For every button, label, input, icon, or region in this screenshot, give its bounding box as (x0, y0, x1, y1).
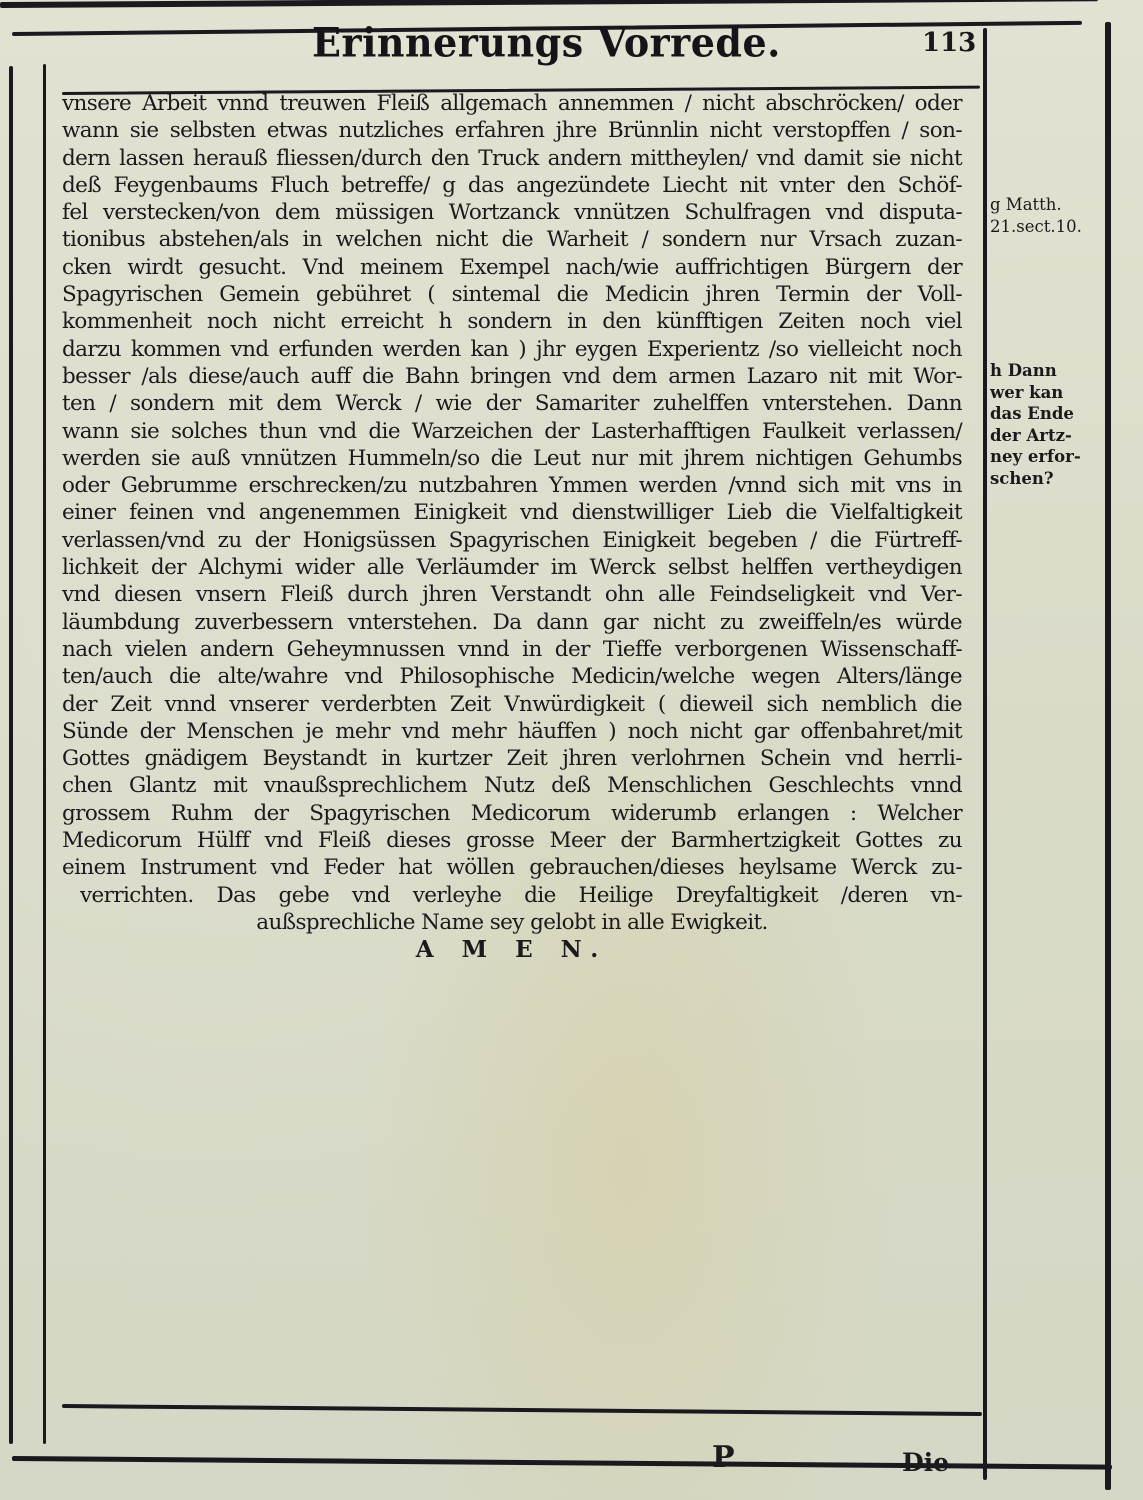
margin-note-line: g Matth. (990, 194, 1100, 216)
margin-note-line: h Dann (990, 360, 1100, 382)
text-line: kommenheit noch nicht erreicht h sondern… (62, 308, 962, 335)
frame-left-outer-rule (9, 66, 13, 1444)
text-line: darzu kommen vnd erfunden werden kan ) j… (62, 336, 962, 363)
text-line: Sünde der Menschen je mehr vnd mehr häuf… (62, 718, 962, 745)
margin-note-line: 21.sect.10. (990, 216, 1100, 238)
text-line: tionibus abstehen/als in welchen nicht d… (62, 226, 962, 253)
text-line: vnsere Arbeit vnnd treuwen Fleiß allgema… (62, 90, 962, 117)
text-line: fel verstecken/von dem müssigen Wortzanc… (62, 199, 962, 226)
text-line: ten / sondern mit dem Werck / wie der Sa… (62, 390, 962, 417)
text-line: der Zeit vnnd vnserer verderbten Zeit Vn… (62, 691, 962, 718)
margin-note-line: schen? (990, 468, 1100, 490)
margin-note-h: h Dann wer kan das Ende der Artz- ney er… (990, 360, 1100, 489)
text-line: chen Glantz mit vnaußsprechlichem Nutz d… (62, 772, 962, 799)
text-line: besser /als diese/auch auff die Bahn bri… (62, 363, 962, 390)
frame-top-outer-rule (0, 0, 1098, 8)
text-line: läumbdung zuverbessern vnterstehen. Da d… (62, 609, 962, 636)
text-line: Spagyrischen Gemein gebühret ( sintemal … (62, 281, 962, 308)
text-line: deß Feygenbaums Fluch betreffe/ g das an… (62, 172, 962, 199)
frame-left-inner-rule (43, 64, 46, 1444)
amen-closing: A M E N. (62, 936, 962, 963)
catchword: Die (902, 1448, 949, 1477)
page-number: 113 (922, 28, 976, 58)
text-line: verrichten. Das gebe vnd verleyhe die He… (62, 882, 962, 909)
footer-top-rule (62, 1404, 982, 1416)
text-line: verlassen/vnd zu der Honigsüssen Spagyri… (62, 527, 962, 554)
text-line: einem Instrument vnd Feder hat wöllen ge… (62, 854, 962, 881)
running-head-title: Erinnerungs Vorrede. (312, 19, 781, 66)
margin-note-g: g Matth. 21.sect.10. (990, 194, 1100, 237)
body-text-block: vnsere Arbeit vnnd treuwen Fleiß allgema… (62, 90, 962, 964)
margin-note-line: wer kan (990, 382, 1100, 404)
text-line: ten/auch die alte/wahre vnd Philosophisc… (62, 663, 962, 690)
text-line: vnd diesen vnsern Fleiß durch jhren Vers… (62, 581, 962, 608)
text-line: grossem Ruhm der Spagyrischen Medicorum … (62, 800, 962, 827)
margin-note-line: das Ende (990, 403, 1100, 425)
text-line: einer feinen vnd angenemmen Einigkeit vn… (62, 499, 962, 526)
margin-note-line: ney erfor- (990, 446, 1100, 468)
text-line: werden sie auß vnnützen Hummeln/so die L… (62, 445, 962, 472)
text-line: wann sie solches thun vnd die Warzeichen… (62, 418, 962, 445)
text-line: nach vielen andern Geheymnussen vnnd in … (62, 636, 962, 663)
text-line: oder Gebrumme erschrecken/zu nutzbahren … (62, 472, 962, 499)
text-line: lichkeit der Alchymi wider alle Verläumd… (62, 554, 962, 581)
column-divider-rule (983, 28, 987, 1480)
text-line: Gottes gnädigem Beystandt in kurtzer Zei… (62, 745, 962, 772)
margin-note-line: der Artz- (990, 425, 1100, 447)
text-line: Medicorum Hülff vnd Fleiß dieses grosse … (62, 827, 962, 854)
frame-right-outer-rule (1105, 22, 1111, 1490)
text-line: wann sie selbsten etwas nutzliches erfah… (62, 117, 962, 144)
text-line-centered: außsprechliche Name sey gelobt in alle E… (62, 909, 962, 936)
text-line: dern lassen herauß fliessen/durch den Tr… (62, 145, 962, 172)
text-line: cken wirdt gesucht. Vnd meinem Exempel n… (62, 254, 962, 281)
signature-mark: P (712, 1440, 735, 1475)
